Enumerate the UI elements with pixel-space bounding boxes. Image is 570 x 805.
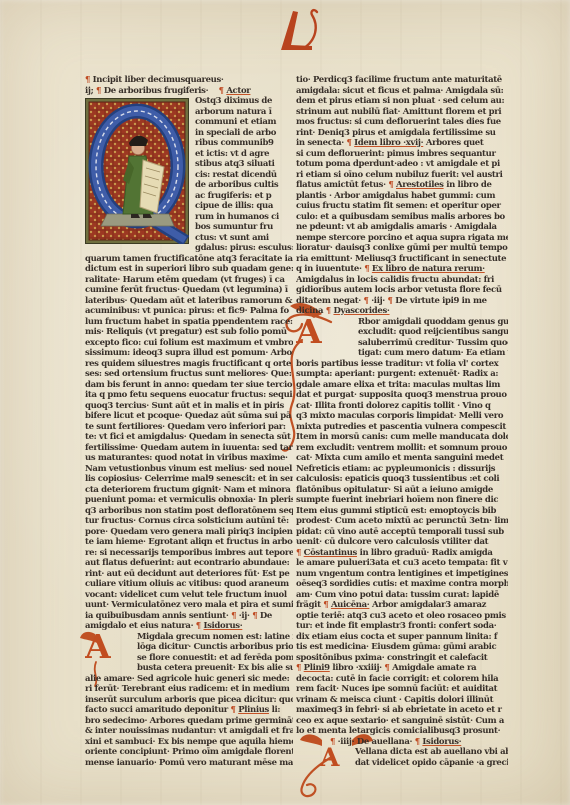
text-line: rem excludit: ventrem mollit: et somnum … xyxy=(296,443,508,454)
text-line: q3 arboribus non statim post defloratōne… xyxy=(85,506,293,517)
text-line: in senecta· ¶ Idem libro ·xvij· Arbores … xyxy=(296,138,508,149)
text-line: & inter nouissimas nudantur: vt amigdali… xyxy=(85,726,293,737)
text-line: us maturantes: quod notat in viribus max… xyxy=(85,453,293,464)
text-line: uenit· cū dulcore vero calculosis vtilit… xyxy=(296,537,508,548)
text-line: ia quibuibusdam annis sentiunt· ¶ ·ij· ¶… xyxy=(85,611,293,622)
text-line: amigdala: sicut et ficus et palma· Amigd… xyxy=(296,86,508,97)
text-line: rint· Deniq3 pirus et amigdala fertiliss… xyxy=(296,128,508,139)
text-line: q3 mixto maculas corporis limpidat· Mell… xyxy=(296,411,508,422)
text-line: cta deteriorem fructum gignit· Nam et mi… xyxy=(85,485,293,496)
text-line: quarum tamen fructificatōne atq3 feracit… xyxy=(85,254,293,265)
text-line: aut flatus defuerint: aut econtrario abu… xyxy=(85,558,293,569)
text-line: gidioribus autem locis arbor vetusta flo… xyxy=(296,285,508,296)
text-line: te sunt fertiliores· Quedam vero inferio… xyxy=(85,422,293,433)
text-line: flatōnibus opitulatur· Si aūt a ieiuno a… xyxy=(296,485,508,496)
text-line: num vngentum contra lentigines et impeti… xyxy=(296,569,508,580)
text-line: mense ianuario· Pomū vero maturant mēse … xyxy=(85,758,293,769)
text-line: calculosis: epaticis quoq3 tussientibus … xyxy=(296,474,508,485)
text-line: inserūt surculum arboris que picea dicit… xyxy=(85,695,293,706)
text-line: mos fructus: si cum defloruerint tales d… xyxy=(296,117,508,128)
text-line: excludit: quod reijcientibus sanguinem xyxy=(358,327,508,338)
text-line: te: vt fici et amigdalus· Quedam in sene… xyxy=(85,432,293,443)
text-line: prodest· Cum aceto mixtū ac perunctū 3et… xyxy=(296,516,508,527)
text-line: pore· Quedam vero genera mali piriq3 inc… xyxy=(85,527,293,538)
text-line: dam bis ferunt in anno: quedam ter siue … xyxy=(85,380,293,391)
text-line: ceo ex aque sextario· et sanguinē sistūt… xyxy=(296,716,508,727)
text-line: decocta: cutē in facie corrigit: et colo… xyxy=(296,674,508,685)
text-line: lo et menta letargicis comicialibusq3 pr… xyxy=(296,726,508,737)
text-line: dat et purgat· supposita quoq3 menstrua … xyxy=(296,390,508,401)
text-line: ditatem negat· ¶ ·iij· ¶ De virtute ipi9… xyxy=(296,296,508,307)
text-line: optie teriē: atq3 cu3 aceto et oleo rosa… xyxy=(296,611,508,622)
text-line: vrinam & meisca ciunt · Capitis dolori i… xyxy=(296,695,508,706)
text-line: spositōnibus pxima· constringit et calef… xyxy=(296,653,508,664)
text-line: Vellana dicta est ab auellano vbi abun xyxy=(355,747,508,758)
text-line: lateribus· Quedam aūt et lateribus ramor… xyxy=(85,296,293,307)
text-line: bifere licut et pcoque· Quedaz aūt sūma … xyxy=(85,411,293,422)
text-line: sissimum: ideoq3 supra illud est pomum· … xyxy=(85,348,293,359)
text-line: lōga dicitur· Cunctis arboribus prior xyxy=(137,642,293,653)
text-line: tio· Perdicq3 facilime fructum ante matu… xyxy=(296,75,508,86)
text-line: dat videlicet opido cāpanie ·a grecis at xyxy=(355,758,508,769)
text-line: gdalus: pirus: esculus: cerasus et huius… xyxy=(195,243,293,254)
text-line: xini et sambuci· Ex bis nempe que aquila… xyxy=(85,737,293,748)
lombard-initial-amigdala: A xyxy=(85,632,137,664)
text-line: ita q pmo fetu sequens euocatur fructus:… xyxy=(85,390,293,401)
text-line: arborum natura ī xyxy=(195,107,293,118)
text-line: nempe stercore porcino et aqua supra rig… xyxy=(296,233,508,244)
text-line: Item eius gummi stipticū est: emoptoycis… xyxy=(296,506,508,517)
text-line: oriente concipiunt· Primo oīm amigdale f… xyxy=(85,747,293,758)
text-line: vocant: videlicet cum velut tele fructum… xyxy=(85,590,293,601)
text-line: pueniunt poma: et vermiculis obnoxia· In… xyxy=(85,495,293,506)
text-line: fertilissime· Quedam autem in iuuenta: s… xyxy=(85,443,293,454)
text-line: re: si necessarijs temporibus imbres aut… xyxy=(85,548,293,559)
illuminated-initial-P xyxy=(85,98,189,244)
text-line: mis· Reliquis (vt pregatur) est sub foli… xyxy=(85,327,293,338)
text-line: ralitate· Harum etēm quedam (vt fruges) … xyxy=(85,275,293,286)
text-line: rint· aut eū decidunt aut deteriores fūt… xyxy=(85,569,293,580)
text-line: ria emittunt· Meliusq3 fructificant in s… xyxy=(296,254,508,265)
text-line: frägit ¶ Auicēna· Arbor amigdalar3 amara… xyxy=(296,600,508,611)
text-line: tis est medicina· Eiusdem gūma: gūmi ara… xyxy=(296,642,508,653)
text-line: ac frugiferis: et p xyxy=(195,191,293,202)
text-line: Item in morsū canis: cum melle manducata… xyxy=(296,432,508,443)
lombard-initial-avellana: A xyxy=(296,747,355,768)
text-line: bos sumuntur fru xyxy=(195,222,293,233)
lombard-letter: A xyxy=(85,632,137,662)
text-line: culiare vitium oliuis ac vitibus: quod a… xyxy=(85,579,293,590)
lombard-initial-arbor: A xyxy=(296,317,358,349)
text-line: Nefreticis etiam: ac pypleumonicis : dis… xyxy=(296,464,508,475)
text-line: et ictis: vt d agre xyxy=(195,149,293,160)
text-line: lioratur· dauisq3 conlixe gūmi per multū… xyxy=(296,243,508,254)
left-text-column: ¶ Incipit liber decimusquareus·ij; ¶ De … xyxy=(85,75,293,775)
text-line: saluberrimū creditur· Tussim quoq3 mi xyxy=(358,338,508,349)
text-line: de arboribus cultis xyxy=(195,180,293,191)
text-line: pidat: cū vino autē acceptū temporali tu… xyxy=(296,527,508,538)
text-line: Ostq3 diximus de xyxy=(195,96,293,107)
text-line: dem et pirus etiam si non pluat · sed ce… xyxy=(296,96,508,107)
text-line: boris partibus iesse traditur: vt folia … xyxy=(296,359,508,370)
text-line: ne pdeunt: vt ab amigdalis amaris · Amig… xyxy=(296,222,508,233)
text-line: am· Cum vino potui data: tussim curat: l… xyxy=(296,590,508,601)
text-line: sumpta: aperiant: purgent: extenuēt· Rad… xyxy=(296,369,508,380)
text-line: amigdalo et eius natura· ¶ Isidorus· xyxy=(85,621,293,632)
text-line: ¶ Plini9 libro ·xxiiij· ¶ Amigdale amate… xyxy=(296,663,508,674)
text-line: ¶ Cōstantinus in libro graduū· Radix ami… xyxy=(296,548,508,559)
text-line: sumpte fuerint inebriari hoīem non finer… xyxy=(296,495,508,506)
text-line: busta cetera preuenit· Ex bis alie sunt … xyxy=(137,663,293,674)
text-line: tur fructus· Cornus circa solsticium aut… xyxy=(85,516,293,527)
text-line: se flore conuestit: et ad ferēda poma ar xyxy=(137,653,293,664)
text-line: oēseq3 sordidies cutis: et maxime contra… xyxy=(296,579,508,590)
text-line: ri ferūt· Terebrant eius radicem: et in … xyxy=(85,684,293,695)
text-line: ses: sed ortensium fructus sunt meliores… xyxy=(85,369,293,380)
text-line: si cum defloruerint: pimus imbres sequan… xyxy=(296,149,508,160)
text-line: rem facit· Nuces ipe somnū faciūt: et au… xyxy=(296,684,508,695)
text-line: ctus: vt sunt ami xyxy=(195,233,293,244)
text-line: culo: et a quibusdam semibus malis arbor… xyxy=(296,212,508,223)
text-line: stibus atq3 siluati xyxy=(195,159,293,170)
text-line: plantis · Arbor amigdalus habet gummi: c… xyxy=(296,191,508,202)
text-line: ¶ Incipit liber decimusquareus· xyxy=(85,75,293,86)
text-line: le amare pulueri3ata et cu3 aceto tempat… xyxy=(296,558,508,569)
right-text-column: tio· Perdicq3 facilime fructum ante matu… xyxy=(296,75,508,775)
text-line: tigat: cum mero datum· Ea etiam vis cete… xyxy=(358,348,508,359)
text-line: cipue de illis: qua xyxy=(195,201,293,212)
text-line: Nam vetustionbus vinum est melius· sed n… xyxy=(85,464,293,475)
text-line: te iam hieme· Egrotant aliqn et fructus … xyxy=(85,537,293,548)
text-line: flatus amictūt fetus· ¶ Arestotiles in l… xyxy=(296,180,508,191)
text-line: Migdala grecum nomen est: latine nux xyxy=(137,632,293,643)
text-line: rum in humanos ci xyxy=(195,212,293,223)
text-line: dictum est in superiori libro sub quadam… xyxy=(85,264,293,275)
text-line: cis: restat dicendū xyxy=(195,170,293,181)
text-line: cumine ferūt fructus· Quedam (vt legumin… xyxy=(85,285,293,296)
text-line: excepto fico: cui folium est maximum et … xyxy=(85,338,293,349)
text-line: ij; ¶ De arboribus frugiferis· ¶ Actor xyxy=(85,86,293,97)
text-line: totum poma dperdunt·adeo : vt amigdale e… xyxy=(296,159,508,170)
text-line: Rbor amigdali quoddam genus gummi xyxy=(358,317,508,328)
text-line: quoq3 tercius· Sunt aūt et in malis et i… xyxy=(85,401,293,412)
text-line: facto succi amaritudo deponitur ¶ Pliniu… xyxy=(85,705,293,716)
text-line: ri etiam si oīno celum nubiluz fuerit: v… xyxy=(296,170,508,181)
text-line: lis copiosius· Celerrime mal9 senescit: … xyxy=(85,474,293,485)
text-line: res quidem siluestres magis fructificant… xyxy=(85,359,293,370)
text-line: dix etiam eius cocta et super pannum lin… xyxy=(296,632,508,643)
text-line: in speciali de arbo xyxy=(195,128,293,139)
text-line: strinum aut nubilū fiat· Amittunt florem… xyxy=(296,107,508,118)
text-line: mixta putredies et pascentia vulnera com… xyxy=(296,422,508,433)
lombard-letter: A xyxy=(296,317,358,347)
text-line: cuius fructu statim fit semen: et operit… xyxy=(296,201,508,212)
text-line: cat· Illita fronti dolorez capitis tolli… xyxy=(296,401,508,412)
text-line: tur: et inde fit emplastr3 fronti: confe… xyxy=(296,621,508,632)
text-line: q in iuuentute· ¶ Ex libro de natura rer… xyxy=(296,264,508,275)
text-line: Amigdalus in locis calidis fructu abunda… xyxy=(296,275,508,286)
text-line: bro sedecimo· Arbores quedam prime germi… xyxy=(85,716,293,727)
text-line: ribus communib9 xyxy=(195,138,293,149)
text-line: cat· Mixta cum amilo et menta sanguini m… xyxy=(296,453,508,464)
text-line: dicina ¶ Dyascorides· xyxy=(296,306,508,317)
illuminated-initial-miniature xyxy=(85,98,189,244)
text-line: acuminibus: vt punica: pirus: et fic9· P… xyxy=(85,306,293,317)
text-line: communi et etiam xyxy=(195,117,293,128)
text-line: uunt· Vermiculatōnez vero mala et pira e… xyxy=(85,600,293,611)
text-line: lum fructum habet in spatia ppendentem r… xyxy=(85,317,293,328)
text-line: maximeq3 in febri· si ab ebrietate in ac… xyxy=(296,705,508,716)
text-line: alie amare· Sed agricole huic generi sic… xyxy=(85,674,293,685)
lombard-letter: A xyxy=(320,747,355,768)
text-line: gdale amare elixa et trita: maculas mult… xyxy=(296,380,508,391)
